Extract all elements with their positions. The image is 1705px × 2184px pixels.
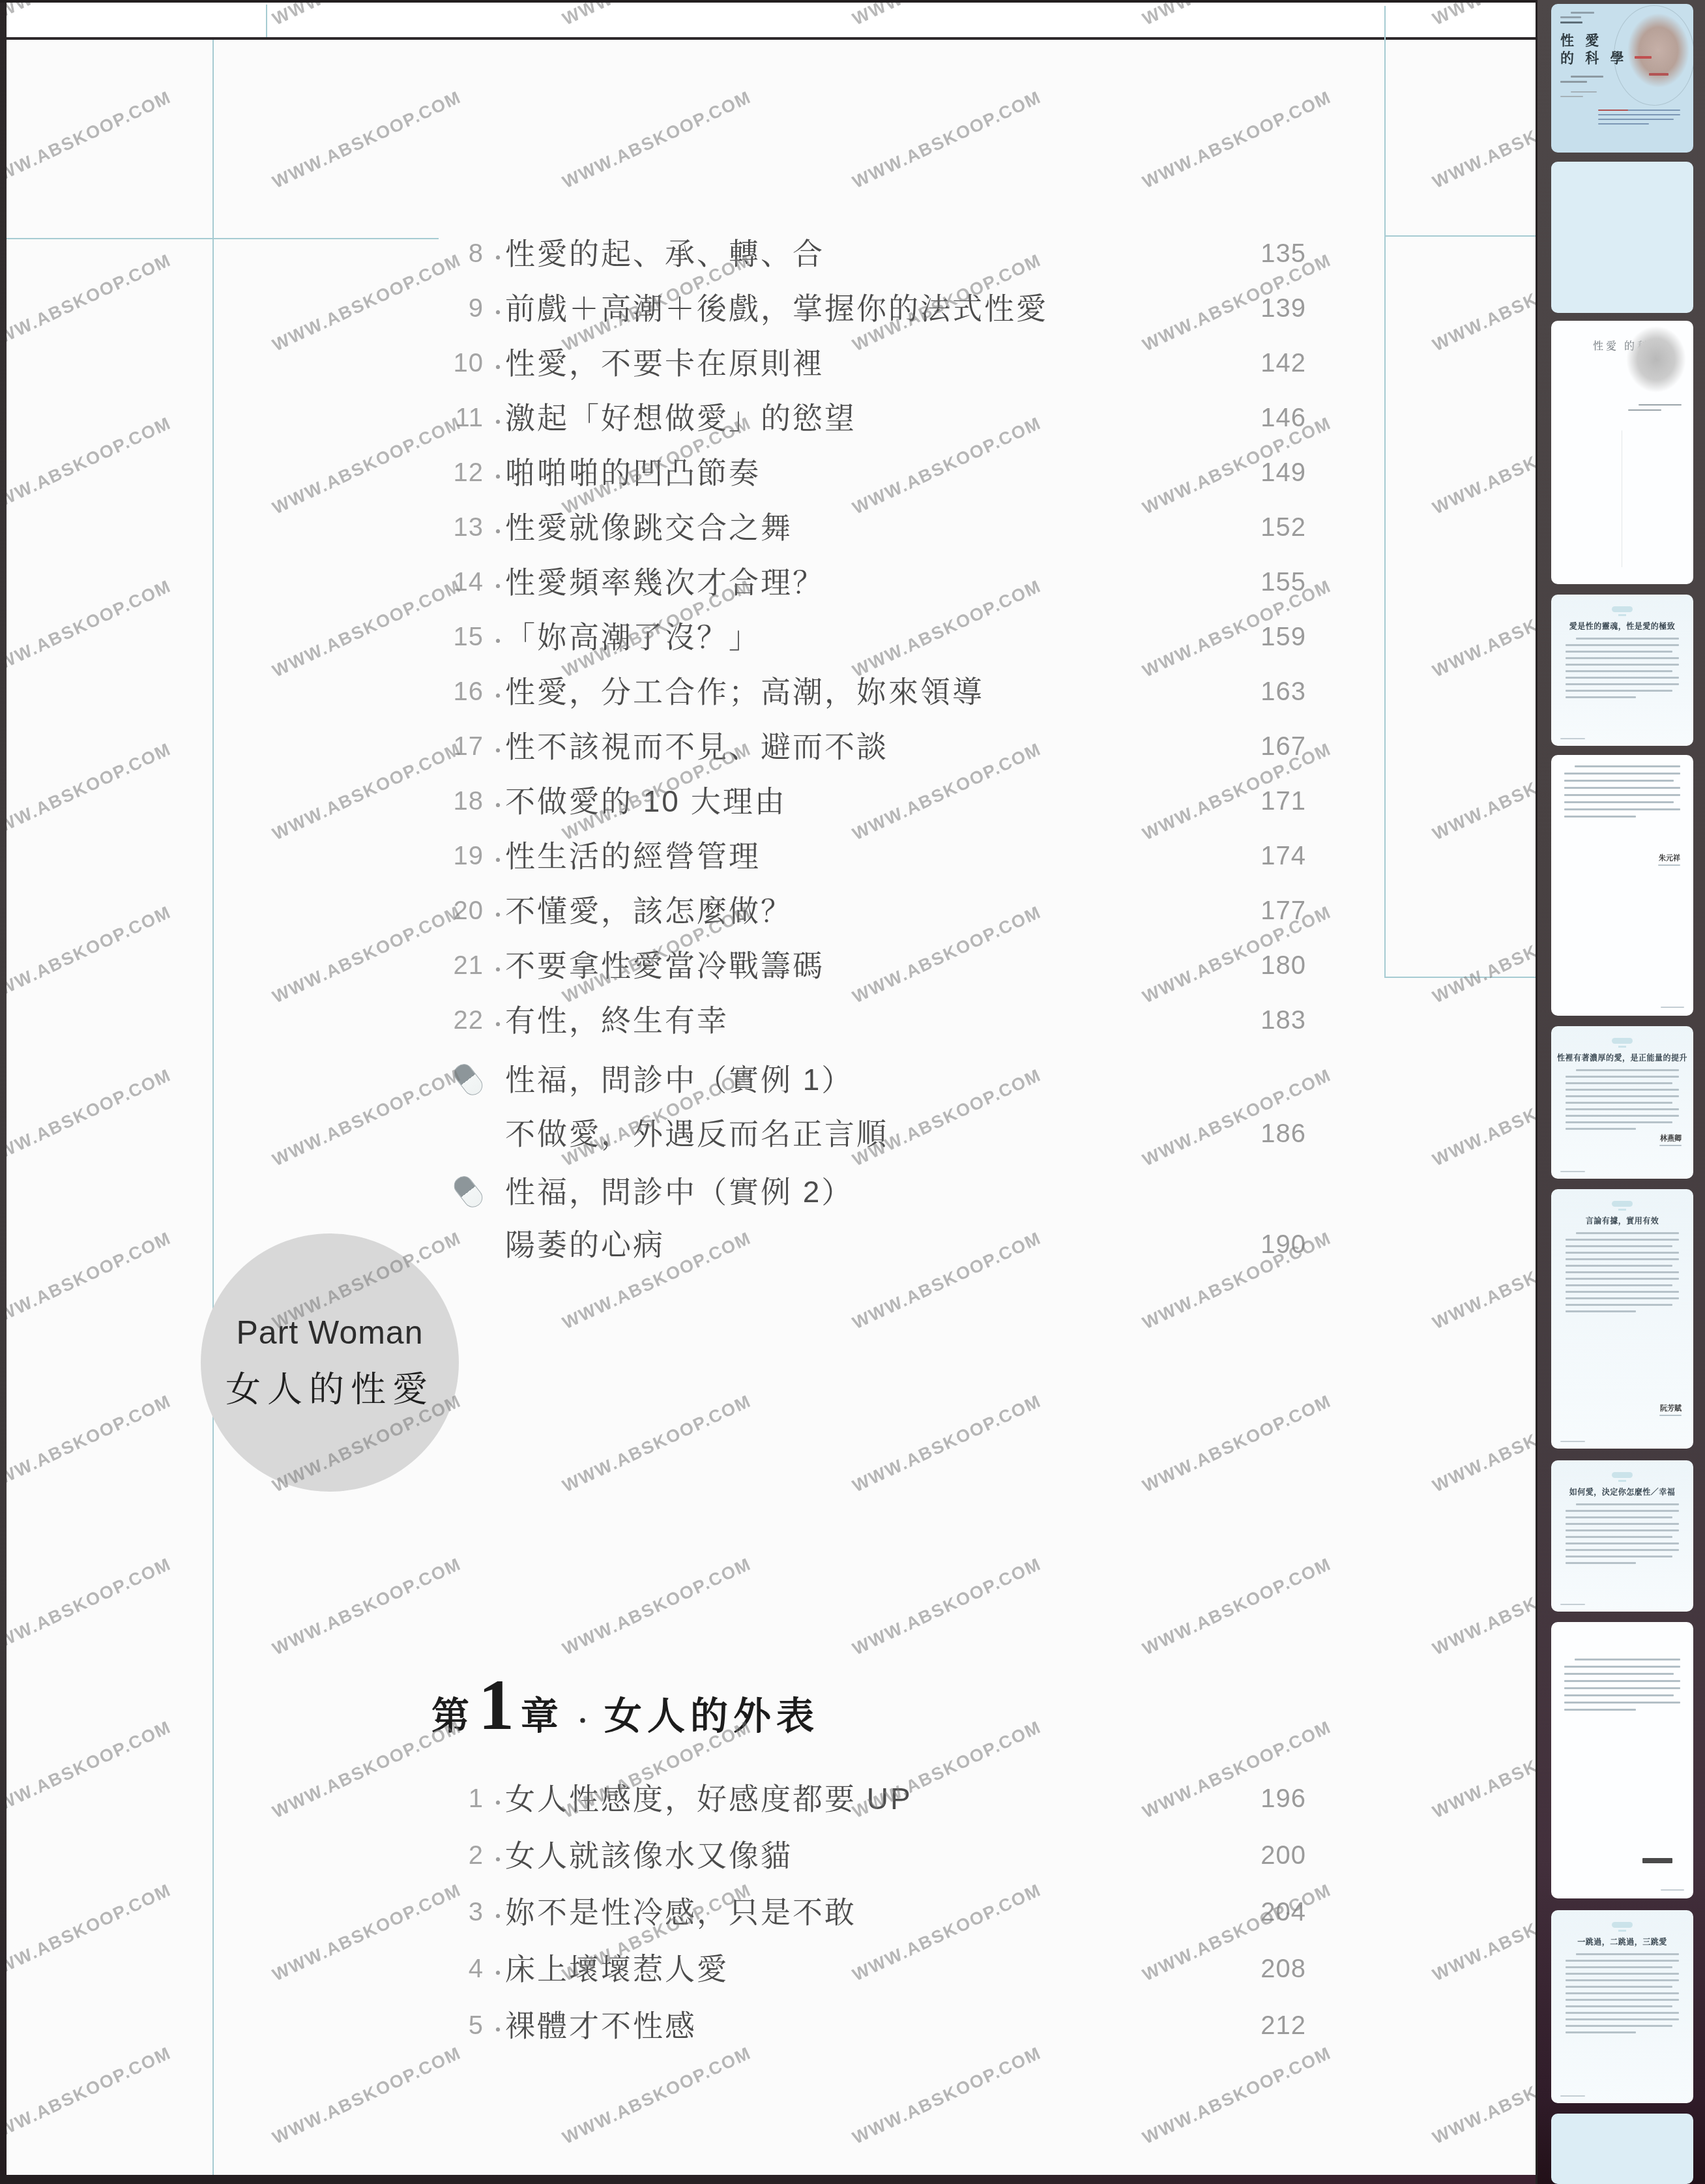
page-thumbnail[interactable]: 言論有據，實用有效阮芳賦	[1551, 1189, 1693, 1449]
thumbnail-text-line	[1566, 690, 1672, 692]
toc-item-number: 15	[411, 623, 484, 652]
toc-item-separator: ・	[487, 569, 504, 601]
thumbnail-text-line	[1566, 2025, 1672, 2027]
toc-item-separator: ・	[487, 843, 504, 875]
toc-item-separator: ・	[487, 733, 504, 765]
title-page-figure	[1622, 325, 1691, 402]
page-thumbnail[interactable]: 愛是性的靈魂，性是愛的極致	[1551, 595, 1693, 746]
watermark: WWW.ABSKOOP.COM	[7, 1391, 175, 1497]
toc-item-page: 183	[1212, 1006, 1306, 1035]
thumbnail-text-line	[1566, 1999, 1679, 2001]
thumbnail-text-line	[1566, 1304, 1672, 1306]
thumbnail-text-line	[1598, 119, 1674, 120]
part-title-english: Part Woman	[237, 1314, 424, 1351]
thumbnail-text-line	[1566, 664, 1679, 666]
thumbnail-text-line	[1566, 677, 1679, 679]
toc-case-title: 性福，問診中（實例 1）	[505, 1061, 853, 1098]
watermark: WWW.ABSKOOP.COM	[1429, 1391, 1536, 1497]
thumbnail-text-line	[1566, 670, 1672, 672]
thumbnail-text-line	[1564, 801, 1674, 803]
thumbnail-heading: 愛是性的靈魂，性是愛的極致	[1551, 621, 1693, 632]
toc-item: 16・性愛，分工合作；高潮，妳來領導163	[7, 673, 1375, 710]
window-edge-left	[0, 0, 7, 2184]
thumbnail-text-line	[1566, 1297, 1679, 1299]
page-thumbnail-sidebar: 性 愛的 科 學性愛 的科學愛是性的靈魂，性是愛的極致朱元祥性裡有著濃厚的愛，是…	[1536, 0, 1705, 2184]
toc-item-separator: ・	[487, 624, 504, 656]
thumbnail-text-line	[1566, 1082, 1672, 1084]
watermark: WWW.ABSKOOP.COM	[1429, 413, 1536, 519]
chapter-heading: 第 1 章 ・ 女人的外表	[431, 1669, 819, 1741]
crop-mark-vertical-right	[1384, 6, 1386, 978]
thumbnail-text-line	[1564, 1666, 1680, 1668]
toc-item-number: 9	[411, 294, 484, 323]
section-badge-icon	[1618, 1046, 1626, 1048]
thumbnail-text-line	[1566, 1102, 1672, 1104]
thumbnail-text-line	[1566, 657, 1679, 659]
thumbnail-text-line	[1576, 1953, 1679, 1955]
toc-item-number: 10	[411, 349, 484, 378]
thumbnail-text-line	[1566, 1284, 1672, 1286]
toc-item-number: 16	[411, 677, 484, 707]
thumbnail-text-line	[1628, 409, 1661, 411]
watermark: WWW.ABSKOOP.COM	[7, 1554, 175, 1660]
thumbnail-signature: 朱元祥	[1659, 853, 1680, 863]
thumbnail-text-line	[1564, 773, 1680, 775]
toc-item-number: 2	[411, 1841, 484, 1870]
thumbnail-text-line	[1564, 787, 1680, 789]
watermark: WWW.ABSKOOP.COM	[1139, 1554, 1334, 1660]
thumbnail-text-line	[1560, 16, 1581, 18]
thumbnail-text-line	[1566, 2012, 1679, 2014]
thumbnail-text-line	[1566, 2018, 1679, 2020]
cover-label-red	[1649, 73, 1669, 76]
chapter-number: 1	[478, 1669, 514, 1741]
watermark: WWW.ABSKOOP.COM	[559, 2043, 754, 2149]
thumbnail-heading: 如何愛，決定你怎麼性／幸福	[1551, 1486, 1693, 1498]
thumbnail-signature	[1642, 1858, 1672, 1863]
toc-item: 13・性愛就像跳交合之舞152	[7, 509, 1375, 546]
thumbnail-text-line	[1566, 1523, 1679, 1525]
watermark: WWW.ABSKOOP.COM	[1429, 2043, 1536, 2149]
watermark: WWW.ABSKOOP.COM	[849, 1554, 1044, 1660]
toc-item-title: 女人就該像水又像貓	[505, 1837, 793, 1874]
thumbnail-text-line	[1566, 1542, 1679, 1544]
toc-item-title: 激起「好想做愛」的慾望	[505, 400, 856, 436]
book-page: 8・性愛的起、承、轉、合1359・前戲＋高潮＋後戲，掌握你的法式性愛13910・…	[7, 3, 1536, 2175]
toc-item-separator: ・	[487, 679, 504, 711]
thumbnail-text-line	[1566, 1245, 1672, 1247]
watermark: WWW.ABSKOOP.COM	[1429, 87, 1536, 193]
thumbnail-text-line	[1566, 1265, 1672, 1267]
thumbnail-text-line	[1564, 780, 1674, 782]
thumbnail-signature: 林燕卿	[1660, 1133, 1682, 1144]
crop-mark-vertical-top	[266, 5, 267, 37]
section-badge-icon	[1612, 1201, 1633, 1207]
thumbnail-text-line	[1566, 1516, 1672, 1518]
thumbnail-text-line	[1566, 1529, 1679, 1531]
thumbnail-text-line	[1564, 794, 1680, 796]
watermark: WWW.ABSKOOP.COM	[1429, 250, 1536, 356]
watermark: WWW.ABSKOOP.COM	[269, 87, 464, 193]
toc-item-page: 163	[1212, 677, 1306, 707]
window-edge-bottom	[0, 2175, 1536, 2184]
thumbnail-heading: 言論有據，實用有效	[1551, 1215, 1693, 1226]
chapter-title: 女人的外表	[604, 1685, 819, 1740]
toc-item-title: 性不該視而不見、避而不談	[505, 728, 888, 765]
page-thumbnail[interactable]	[1551, 2114, 1693, 2184]
watermark: WWW.ABSKOOP.COM	[1429, 1880, 1536, 1986]
cover-photo-bodies	[1619, 12, 1691, 98]
thumbnail-text-line	[1576, 638, 1679, 640]
thumbnail-signature-date	[1658, 864, 1680, 866]
toc-item-separator: ・	[487, 2013, 504, 2044]
toc-item-title: 性生活的經營管理	[505, 838, 761, 874]
page-thumbnail[interactable]: 朱元祥	[1551, 755, 1693, 1016]
thumbnail-text-line	[1566, 644, 1679, 646]
watermark: WWW.ABSKOOP.COM	[1429, 1717, 1536, 1823]
toc-item-separator: ・	[487, 241, 504, 273]
thumbnail-text-line	[1564, 1702, 1680, 1704]
toc-item: 10・性愛，不要卡在原則裡142	[7, 345, 1375, 381]
toc-item-number: 22	[411, 1006, 484, 1035]
thumbnail-footer	[1661, 1889, 1684, 1891]
thumbnail-text-line	[1566, 1239, 1679, 1241]
thumbnail-text-line	[1564, 1694, 1674, 1696]
thumbnail-text-line	[1566, 1291, 1679, 1293]
thumbnail-signature-date	[1659, 1145, 1682, 1146]
toc-case-subtitle: 陽萎的心病	[505, 1226, 665, 1263]
toc-item-separator: ・	[487, 350, 504, 382]
toc-item-separator: ・	[487, 405, 504, 437]
thumbnail-text-line	[1576, 1069, 1679, 1071]
crop-mark-horizontal-right-top	[1384, 235, 1536, 237]
thumbnail-signature-date	[1659, 1415, 1682, 1416]
toc-item-separator: ・	[487, 788, 504, 820]
page-thumbnail[interactable]: 如何愛，決定你怎麼性／幸福	[1551, 1460, 1693, 1612]
thumbnail-text-line	[1566, 1089, 1679, 1091]
thumbnail-text-line	[1566, 1979, 1679, 1981]
thumbnail-text-line	[1566, 1278, 1679, 1280]
watermark: WWW.ABSKOOP.COM	[7, 2043, 175, 2149]
toc-case-subtitle: 不做愛，外遇反而名正言順	[505, 1115, 888, 1152]
watermark: WWW.ABSKOOP.COM	[1429, 1065, 1536, 1171]
toc-item-page: 174	[1212, 842, 1306, 871]
thumbnail-footer	[1560, 738, 1585, 739]
chapter-separator: ・	[572, 1704, 594, 1735]
thumbnail-text-line	[1564, 1673, 1674, 1675]
toc-item: 5・裸體才不性感212	[7, 2007, 1375, 2044]
thumbnail-text-line	[1576, 1232, 1679, 1234]
thumbnail-footer	[1560, 1604, 1585, 1605]
toc-case-title: 性福，問診中（實例 2）	[505, 1173, 853, 1210]
toc-item-page: 196	[1212, 1784, 1306, 1814]
thumbnail-text-line	[1566, 1536, 1672, 1538]
toc-item-page: 142	[1212, 349, 1306, 378]
watermark: WWW.ABSKOOP.COM	[849, 87, 1044, 193]
thumbnail-text-line	[1560, 96, 1583, 97]
book-cover-title: 性 愛	[1560, 30, 1603, 50]
toc-item-number: 12	[411, 458, 484, 488]
watermark: WWW.ABSKOOP.COM	[559, 1554, 754, 1660]
thumbnail-text-line	[1564, 816, 1636, 818]
toc-item: 14・性愛頻率幾次才合理？155	[7, 564, 1375, 600]
thumbnail-text-line	[1566, 1076, 1679, 1078]
toc-item-number: 13	[411, 513, 484, 542]
toc-item-page: 135	[1212, 239, 1306, 269]
thumbnail-text-line	[1566, 1252, 1679, 1254]
thumbnail-text-line	[1639, 404, 1682, 406]
thumbnail-text-line	[1566, 1549, 1679, 1551]
thumbnail-text-line	[1566, 1986, 1672, 1988]
toc-item-title: 性愛，不要卡在原則裡	[505, 345, 824, 381]
toc-item-number: 5	[411, 2011, 484, 2041]
page-thumbnail[interactable]	[1551, 1622, 1693, 1898]
toc-item-title: 性愛頻率幾次才合理？	[505, 564, 824, 600]
watermark: WWW.ABSKOOP.COM	[1139, 2043, 1334, 2149]
watermark: WWW.ABSKOOP.COM	[559, 87, 754, 193]
thumbnail-text-line	[1566, 696, 1636, 698]
thumbnail-text-line	[1566, 1973, 1679, 1975]
page-thumbnail[interactable]: 一跳過，二跳過，三跳愛	[1551, 1910, 1693, 2103]
thumbnail-text-line	[1566, 651, 1672, 653]
page-thumbnail[interactable]: 性愛 的科學	[1551, 321, 1693, 584]
thumbnail-heading: 性裡有著濃厚的愛，是正能量的提升	[1551, 1052, 1693, 1063]
thumbnail-text-line	[1566, 1095, 1679, 1097]
thumbnail-text-line	[1571, 12, 1594, 14]
thumbnail-text-line	[1560, 22, 1582, 23]
thumbnail-text-line	[1566, 1310, 1636, 1312]
thumbnail-footer	[1560, 2095, 1585, 2097]
thumbnail-text-line	[1566, 1258, 1679, 1260]
toc-item-number: 1	[411, 1784, 484, 1814]
toc-item-number: 18	[411, 787, 484, 816]
thumbnail-text-line	[1566, 1108, 1679, 1110]
toc-item-title: 性愛就像跳交合之舞	[505, 509, 793, 546]
toc-item-separator: ・	[487, 952, 504, 984]
thumbnail-text-line	[1571, 76, 1603, 78]
toc-item-number: 19	[411, 842, 484, 871]
watermark: WWW.ABSKOOP.COM	[559, 1391, 754, 1497]
toc-item-separator: ・	[487, 295, 504, 327]
watermark: WWW.ABSKOOP.COM	[849, 1391, 1044, 1497]
thumbnail-text-line	[1566, 1556, 1672, 1557]
watermark: WWW.ABSKOOP.COM	[849, 2043, 1044, 2149]
toc-item-separator: ・	[487, 898, 504, 930]
thumbnail-text-line	[1598, 114, 1680, 115]
watermark: WWW.ABSKOOP.COM	[1429, 576, 1536, 682]
section-badge-icon	[1612, 1472, 1633, 1478]
section-badge-icon	[1618, 1930, 1626, 1932]
toc-item-number: 21	[411, 951, 484, 981]
thumbnail-footer	[1560, 1441, 1585, 1442]
toc-item-page: 152	[1212, 513, 1306, 542]
thumbnail-text-line	[1566, 1128, 1636, 1130]
section-badge-icon	[1612, 1922, 1633, 1928]
thumbnail-text-line	[1564, 1709, 1636, 1711]
toc-item-separator: ・	[487, 514, 504, 546]
cover-highlight-red	[1598, 110, 1628, 111]
thumbnail-text-line	[1575, 765, 1680, 767]
toc-item-separator: ・	[487, 1007, 504, 1039]
thumbnail-text-line	[1566, 1115, 1679, 1117]
watermark: WWW.ABSKOOP.COM	[269, 2043, 464, 2149]
thumbnail-footer	[1661, 1007, 1684, 1008]
thumbnail-text-line	[1566, 683, 1679, 685]
watermark: WWW.ABSKOOP.COM	[1139, 87, 1334, 193]
thumbnail-text-line	[1576, 1503, 1679, 1505]
toc-item: 17・性不該視而不見、避而不談167	[7, 728, 1375, 765]
toc-item: 19・性生活的經營管理174	[7, 838, 1375, 874]
page-top-margin-strip	[7, 3, 1536, 40]
toc-item-title: 性愛的起、承、轉、合	[505, 235, 824, 272]
thumbnail-text-line	[1566, 1960, 1679, 1962]
toc-item-separator: ・	[487, 1842, 504, 1874]
toc-item-page: 200	[1212, 1841, 1306, 1870]
watermark: WWW.ABSKOOP.COM	[269, 1554, 464, 1660]
toc-item: 2・女人就該像水又像貓200	[7, 1837, 1375, 1874]
thumbnail-footer	[1560, 1171, 1585, 1172]
thumbnail-signature: 阮芳賦	[1660, 1403, 1682, 1413]
toc-item: 11・激起「好想做愛」的慾望146	[7, 400, 1375, 436]
cover-label-red	[1635, 56, 1652, 59]
watermark: WWW.ABSKOOP.COM	[1429, 739, 1536, 845]
page-thumbnail[interactable]	[1551, 162, 1693, 313]
section-badge-icon	[1612, 606, 1633, 612]
page-thumbnail[interactable]: 性裡有著濃厚的愛，是正能量的提升林燕卿	[1551, 1026, 1693, 1179]
thumbnail-text-line	[1566, 1121, 1672, 1123]
watermark: WWW.ABSKOOP.COM	[1139, 1391, 1334, 1497]
section-badge-icon	[1618, 1480, 1626, 1482]
page-thumbnail[interactable]: 性 愛的 科 學	[1551, 4, 1693, 153]
thumbnail-text-line	[1566, 1562, 1636, 1564]
thumbnail-heading: 一跳過，二跳過，三跳愛	[1551, 1936, 1693, 1947]
thumbnail-text-line	[1564, 1687, 1680, 1689]
toc-item-separator: ・	[487, 1899, 504, 1931]
watermark: WWW.ABSKOOP.COM	[1429, 902, 1536, 1008]
toc-item: 20・不懂愛，該怎麼做？177	[7, 893, 1375, 929]
toc-case-item: 性福，問診中（實例 2）	[7, 1173, 1375, 1210]
toc-item-page: 208	[1212, 1955, 1306, 1984]
toc-item: 22・有性，終生有幸183	[7, 1002, 1375, 1039]
toc-item-title: 裸體才不性感	[505, 2007, 697, 2044]
thumbnail-text-line	[1575, 1659, 1680, 1660]
thumbnail-text-line	[1566, 2031, 1636, 2033]
part-title-chinese: 女人的性愛	[226, 1362, 434, 1412]
thumbnail-text-line	[1566, 1510, 1679, 1512]
toc-item-title: 性愛，分工合作；高潮，妳來領導	[505, 673, 984, 710]
toc-item: 8・性愛的起、承、轉、合135	[7, 235, 1375, 272]
chapter-unit: 章	[521, 1685, 561, 1740]
section-badge-icon	[1612, 1038, 1633, 1044]
section-badge-icon	[1618, 1209, 1626, 1211]
thumbnail-text-line	[1571, 91, 1597, 93]
watermark: WWW.ABSKOOP.COM	[1429, 1554, 1536, 1660]
toc-item-title: 有性，終生有幸	[505, 1002, 729, 1039]
thumbnail-text-line	[1566, 1992, 1679, 1994]
thumbnail-text-line	[1564, 808, 1680, 810]
watermark: WWW.ABSKOOP.COM	[1429, 1228, 1536, 1334]
watermark: WWW.ABSKOOP.COM	[7, 87, 175, 193]
page-fold-line	[1622, 430, 1622, 567]
thumbnail-text-line	[1566, 1271, 1679, 1273]
thumbnail-text-line	[1566, 1966, 1672, 1968]
thumbnail-text-line	[1560, 81, 1587, 83]
thumbnail-text-line	[1564, 1680, 1680, 1682]
toc-item-separator: ・	[487, 460, 504, 492]
toc-item-number: 4	[411, 1955, 484, 1984]
thumbnail-text-line	[1598, 123, 1649, 125]
toc-item-separator: ・	[487, 1786, 504, 1818]
toc-item-separator: ・	[487, 1956, 504, 1988]
toc-item-page: 212	[1212, 2011, 1306, 2041]
section-badge-icon	[1618, 614, 1626, 616]
thumbnail-text-line	[1566, 2005, 1672, 2007]
